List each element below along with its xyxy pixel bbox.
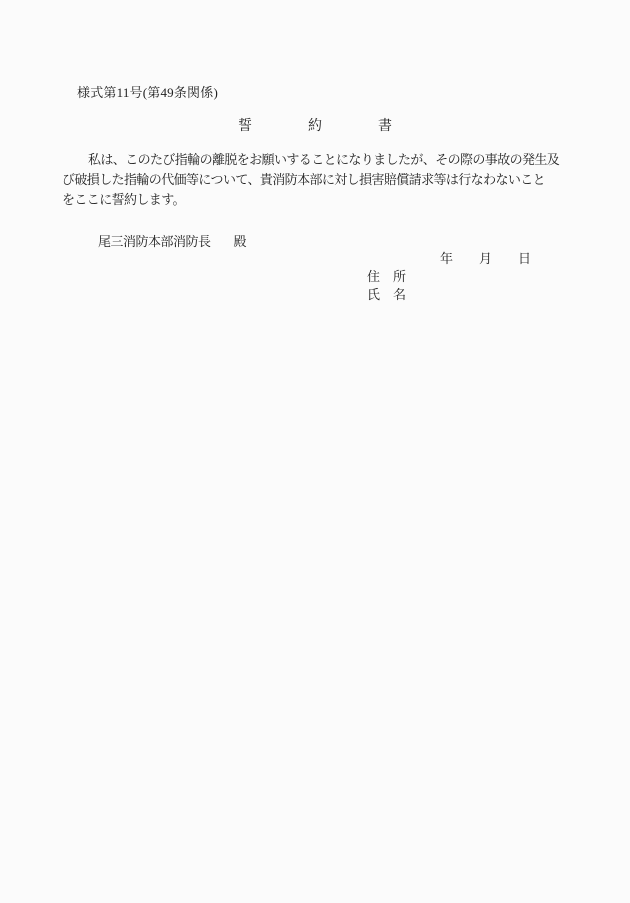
paragraph-line-3: をここに誓約します。 xyxy=(62,190,562,210)
address-field-label: 住 所 xyxy=(367,266,406,285)
form-number: 様式第11号(第49条関係) xyxy=(77,82,218,101)
document-page: 様式第11号(第49条関係) 誓 約 書 私は、このたび指輪の離脱をお願いするこ… xyxy=(0,0,630,903)
paragraph-line-2: び破損した指輪の代価等について、貴消防本部に対し損害賠償請求等は行なわないこと xyxy=(62,170,562,190)
name-field-label: 氏 名 xyxy=(367,284,406,303)
addressee-name: 尾三消防本部消防長 xyxy=(98,234,211,249)
date-line: 年 月 日 xyxy=(440,248,531,267)
document-title: 誓 約 書 xyxy=(0,115,630,135)
addressee-honorific: 殿 xyxy=(234,234,247,249)
pledge-paragraph: 私は、このたび指輪の離脱をお願いすることになりましたが、その際の事故の発生及 び… xyxy=(62,150,562,210)
paragraph-line-1: 私は、このたび指輪の離脱をお願いすることになりましたが、その際の事故の発生及 xyxy=(62,150,562,170)
addressee-line: 尾三消防本部消防長殿 xyxy=(98,231,246,250)
